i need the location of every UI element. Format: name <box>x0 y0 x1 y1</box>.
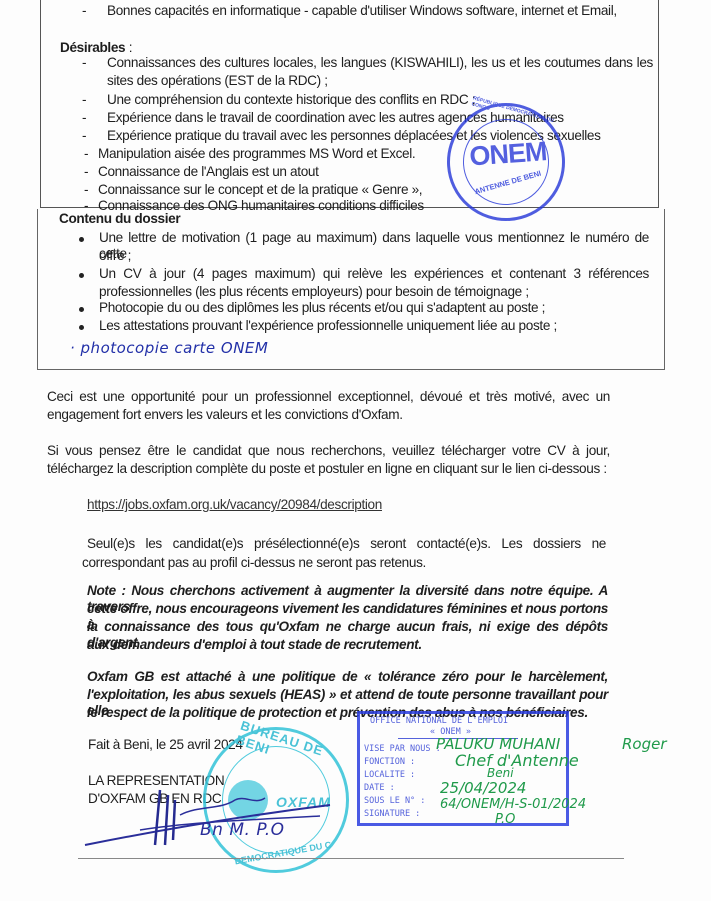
desirable-item: Connaissances des cultures locales, les … <box>107 55 653 71</box>
list-dash: - <box>82 110 87 125</box>
bullet-icon <box>79 273 84 278</box>
desirable-item: Connaissance sur le concept et de la pra… <box>98 182 422 198</box>
paragraph-apply-cont: téléchargez la description complète du p… <box>47 461 607 477</box>
visa-handwritten-signature: P.O <box>495 812 515 827</box>
signature-scribble-icon <box>80 760 340 860</box>
dossier-item: Photocopie du ou des diplômes les plus r… <box>99 300 545 316</box>
dossier-item: Une lettre de motivation (1 page au maxi… <box>99 230 649 262</box>
dossier-heading: Contenu du dossier <box>59 211 180 227</box>
desirable-item: Connaissance de l'Anglais est un atout <box>98 164 319 180</box>
note-line: aux demandeurs d'emploi à tout stade de … <box>87 637 422 653</box>
dossier-item: Un CV à jour (4 pages maximum) qui relèv… <box>99 266 649 282</box>
desirables-heading-label: Désirables <box>60 40 125 55</box>
dossier-item-cont: professionnelles (les plus récents emplo… <box>99 284 529 300</box>
list-dash: - <box>84 146 89 161</box>
desirables-heading: Désirables : <box>60 40 132 56</box>
dossier-item-cont: offre ; <box>99 248 131 264</box>
paragraph-opportunity-cont: engagement fort envers les valeurs et le… <box>47 407 403 423</box>
list-dash: - <box>82 55 87 70</box>
list-dash: - <box>84 164 89 179</box>
bullet-icon <box>79 237 84 242</box>
visa-label: SIGNATURE : <box>364 809 420 819</box>
onem-logo: ONEM <box>468 136 547 172</box>
essential-item: Bonnes capacités en informatique - capab… <box>107 3 617 19</box>
handwritten-item: · photocopie carte ONEM <box>70 339 268 357</box>
visa-handwritten-function: Chef d'Antenne <box>455 751 579 770</box>
visa-title: OFFICE NATIONAL DE L'EMPLOI <box>370 716 508 726</box>
paragraph-shortlist: Seul(e)s les candidat(e)s présélectionné… <box>87 536 606 552</box>
visa-label: VISE PAR NOUS : <box>364 744 441 754</box>
vacancy-link[interactable]: https://jobs.oxfam.org.uk/vacancy/20984/… <box>87 497 382 513</box>
visa-handwritten-locality: Beni <box>487 766 514 780</box>
footer-divider <box>78 858 624 859</box>
dossier-item: Les attestations prouvant l'expérience p… <box>99 318 557 334</box>
paragraph-opportunity: Ceci est une opportunité pour un profess… <box>47 389 610 405</box>
desirable-item: Manipulation aisée des programmes MS Wor… <box>98 146 415 162</box>
desirable-item-cont: sites des opérations (EST de la RDC) ; <box>107 73 328 89</box>
bullet-icon <box>79 307 84 312</box>
paragraph-shortlist-cont: correspondant pas au profil ci-dessus ne… <box>82 555 426 571</box>
place-date: Fait à Beni, le 25 avril 2024 <box>88 737 243 753</box>
policy-line: Oxfam GB est attaché à une politique de … <box>87 669 608 685</box>
list-dash: - <box>82 128 87 143</box>
desirable-item: Une compréhension du contexte historique… <box>107 92 475 108</box>
visa-label: FONCTION : <box>364 757 415 767</box>
bullet-icon <box>79 325 84 330</box>
visa-handwritten-firstname: Roger <box>622 735 667 753</box>
visa-label: SOUS LE N° : <box>364 796 425 806</box>
paragraph-apply: Si vous pensez être le candidat que nous… <box>47 443 610 459</box>
handwritten-signature: Bn M. P.O <box>200 820 285 840</box>
desirables-colon: : <box>125 40 132 55</box>
list-dash: - <box>82 92 87 107</box>
list-dash: - <box>84 182 89 197</box>
list-dash: - <box>82 3 87 18</box>
visa-handwritten-number: 64/ONEM/H-S-01/2024 <box>440 797 586 812</box>
visa-handwritten-date: 25/04/2024 <box>440 779 526 797</box>
visa-label: DATE : <box>364 783 395 793</box>
visa-label: LOCALITE : <box>364 770 415 780</box>
